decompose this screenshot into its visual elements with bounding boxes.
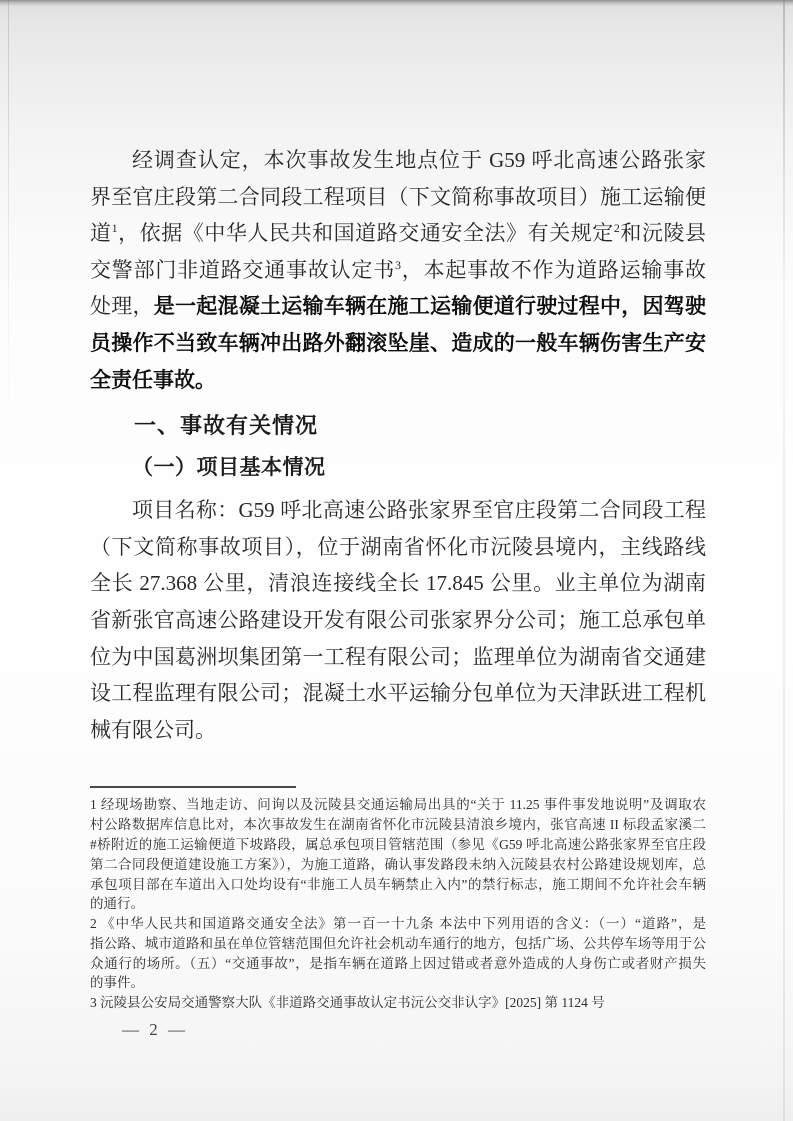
text-line: 项目名称：G59 呼北高速公路张家界至官庄段第二合同段工程 (90, 492, 706, 529)
text-line: 2 《中华人民共和国道路交通安全法》第一百一十九条 本法中下列用语的含义：（一）… (90, 914, 706, 934)
document-page: 经调查认定，本次事故发生地点位于 G59 呼北高速公路张家界至官庄段第二合同段工… (0, 0, 793, 1121)
text-line: 第二合同段便道建设施工方案》），为施工道路，确认事发路段未纳入沅陵县农村公路建设… (90, 855, 706, 875)
text-line: 的通行。 (90, 894, 706, 914)
text-line: 3 沅陵县公安局交通警察大队《非道路交通事故认定书沅公交非认字》[2025] 第… (90, 993, 706, 1013)
footnote-divider (90, 786, 296, 788)
text-line: #桥附近的施工运输便道下坡路段，属总承包项目管辖范围（参见《G59 呼北高速公路… (90, 835, 706, 855)
text-line: 道1，依据《中华人民共和国道路交通安全法》有关规定2和沅陵县 (90, 215, 706, 252)
footnotes: 1 经现场勘察、当地走访、问询以及沅陵县交通运输局出具的“关于 11.25 事件… (90, 795, 706, 1013)
text-line: 1 经现场勘察、当地走访、问询以及沅陵县交通运输局出具的“关于 11.25 事件… (90, 795, 706, 815)
text-line: 界至官庄段第二合同段工程项目（下文简称事故项目）施工运输便 (90, 179, 706, 216)
section-heading: 一、事故有关情况 (90, 408, 706, 444)
text-line: 的事件。 (90, 973, 706, 993)
text-line: 交警部门非道路交通事故认定书3，本起事故不作为道路运输事故 (90, 252, 706, 289)
text-line: 村公路数据库信息比对，本次事故发生在湖南省怀化市沅陵县清浪乡境内，张官高速 II… (90, 815, 706, 835)
footnote-1: 1 经现场勘察、当地走访、问询以及沅陵县交通运输局出具的“关于 11.25 事件… (90, 795, 706, 914)
text-line: 员操作不当致车辆冲出路外翻滚坠崖、造成的一般车辆伤害生产安 (90, 325, 706, 362)
text-line: 设工程监理有限公司；混凝土水平运输分包单位为天津跃进工程机 (90, 675, 706, 712)
subsection-heading: （一）项目基本情况 (90, 448, 706, 486)
paragraph-accident-determination: 经调查认定，本次事故发生地点位于 G59 呼北高速公路张家界至官庄段第二合同段工… (90, 142, 706, 398)
scan-edge-right (783, 0, 785, 1121)
text-line: 全责任事故。 (90, 362, 706, 399)
scan-edge-left (8, 0, 9, 430)
scan-edge-top (0, 0, 793, 6)
text-line: 承包项目部在车道出入口处均设有“非施工人员车辆禁止入内”的禁行标志，施工期间不允… (90, 875, 706, 895)
text-line: 处理，是一起混凝土运输车辆在施工运输便道行驶过程中，因驾驶 (90, 288, 706, 325)
text-line: 指公路、城市道路和虽在单位管辖范围但允许社会机动车通行的地方，包括广场、公共停车… (90, 934, 706, 954)
text-line: 械有限公司。 (90, 712, 706, 749)
text-line: 经调查认定，本次事故发生地点位于 G59 呼北高速公路张家 (90, 142, 706, 179)
page-number: — 2 — (122, 1020, 188, 1040)
text-line: 众通行的场所。（五）“交通事故”，是指车辆在道路上因过错或者意外造成的人身伤亡或… (90, 954, 706, 974)
footnote-3: 3 沅陵县公安局交通警察大队《非道路交通事故认定书沅公交非认字》[2025] 第… (90, 993, 706, 1013)
text-line: （下文简称事故项目），位于湖南省怀化市沅陵县境内，主线路线 (90, 529, 706, 566)
text-line: 省新张官高速公路建设开发有限公司张家界分公司；施工总承包单 (90, 602, 706, 639)
text-line: 位为中国葛洲坝集团第一工程有限公司；监理单位为湖南省交通建 (90, 639, 706, 676)
paragraph-project-overview: 项目名称：G59 呼北高速公路张家界至官庄段第二合同段工程（下文简称事故项目），… (90, 492, 706, 748)
text-line: 全长 27.368 公里，清浪连接线全长 17.845 公里。业主单位为湖南 (90, 565, 706, 602)
page-content: 经调查认定，本次事故发生地点位于 G59 呼北高速公路张家界至官庄段第二合同段工… (90, 142, 706, 1013)
footnote-2: 2 《中华人民共和国道路交通安全法》第一百一十九条 本法中下列用语的含义：（一）… (90, 914, 706, 993)
